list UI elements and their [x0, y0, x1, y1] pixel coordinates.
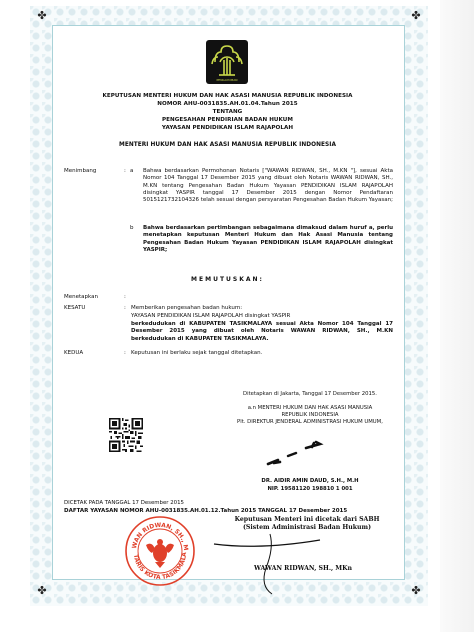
decree-subject: PENGESAHAN PENDIRIAN BADAN HUKUM — [52, 117, 403, 123]
kedua-text: Keputusan ini berlaku sejak tanggal dite… — [131, 350, 393, 357]
ministry-logo-icon: PENGAYOMAN — [206, 40, 248, 84]
svg-text:PENGAYOMAN: PENGAYOMAN — [216, 78, 237, 82]
corner-ornament-icon: ✤ — [36, 10, 48, 22]
kedua-label: KEDUA — [64, 350, 83, 356]
signatory-nip: NIP. 19581120 198810 1 001 — [212, 486, 408, 493]
menimbang-item-b: Bahwa berdasarkan pertimbangan sebagaima… — [143, 225, 393, 254]
signatory-position: Plt. DIREKTUR JENDERAL ADMINISTRASI HUKU… — [212, 419, 408, 426]
notary-name: WAWAN RIDWAN, SH., MKn — [228, 565, 378, 573]
menimbang-item-a: Bahwa berdasarkan Permohonan Notaris ["W… — [143, 168, 393, 204]
kesatu-colon: : — [124, 305, 126, 311]
kesatu-intro: Memberikan pengesahan badan hukum: — [131, 305, 393, 312]
kesatu-label: KESATU — [64, 305, 85, 311]
kesatu-domicile: berkedudukan di KABUPATEN TASIKMALAYA se… — [131, 321, 393, 343]
qr-code-icon — [109, 418, 143, 452]
menimbang-label: Menimbang — [64, 168, 96, 174]
corner-ornament-icon: ✤ — [36, 585, 48, 597]
kesatu-foundation: YAYASAN PENDIDIKAN ISLAM RAJAPOLAH disin… — [131, 313, 393, 320]
on-behalf-line1: a.n MENTERI HUKUM DAN HAK ASASI MANUSIA — [212, 405, 408, 412]
place-date: Ditetapkan di Jakarta, Tanggal 17 Desemb… — [212, 391, 408, 398]
sabh-note-line1: Keputusan Menteri ini dicetak dari SABH — [232, 516, 382, 524]
decree-tentang: TENTANG — [52, 109, 403, 115]
decree-title: KEPUTUSAN MENTERI HUKUM DAN HAK ASASI MA… — [52, 93, 403, 99]
corner-ornament-icon: ✤ — [410, 10, 422, 22]
menetapkan-label: Menetapkan — [64, 294, 98, 300]
menimbang-colon: : — [124, 168, 126, 174]
signatory-name: DR. AIDIR AMIN DAUD, S.H., M.H — [212, 478, 408, 485]
memutuskan-heading: MEMUTUSKAN: — [52, 276, 403, 283]
notary-stamp-icon: WAWAN RIDWAN, SH., MKn NOTARIS KOTA TASI… — [124, 515, 196, 587]
decree-number: NOMOR AHU-0031835.AH.01.04.Tahun 2015 — [52, 101, 403, 107]
printed-date: DICETAK PADA TANGGAL 17 Desember 2015 — [64, 500, 184, 506]
corner-ornament-icon: ✤ — [410, 585, 422, 597]
register-number: DAFTAR YAYASAN NOMOR AHU-0031835.AH.01.1… — [64, 508, 347, 514]
scan-margin — [440, 0, 474, 632]
menimbang-marker-a: a — [130, 168, 133, 174]
notary-signature-icon — [210, 528, 330, 598]
menetapkan-colon: : — [124, 294, 126, 300]
authority-heading: MENTERI HUKUM DAN HAK ASASI MANUSIA REPU… — [52, 142, 403, 148]
menimbang-marker-b: b — [130, 225, 134, 231]
director-signature-icon — [260, 440, 330, 470]
kedua-colon: : — [124, 350, 126, 356]
decree-foundation-name: YAYASAN PENDIDIKAN ISLAM RAJAPOLAH — [52, 125, 403, 131]
on-behalf-line2: REPUBLIK INDONESIA — [212, 412, 408, 419]
